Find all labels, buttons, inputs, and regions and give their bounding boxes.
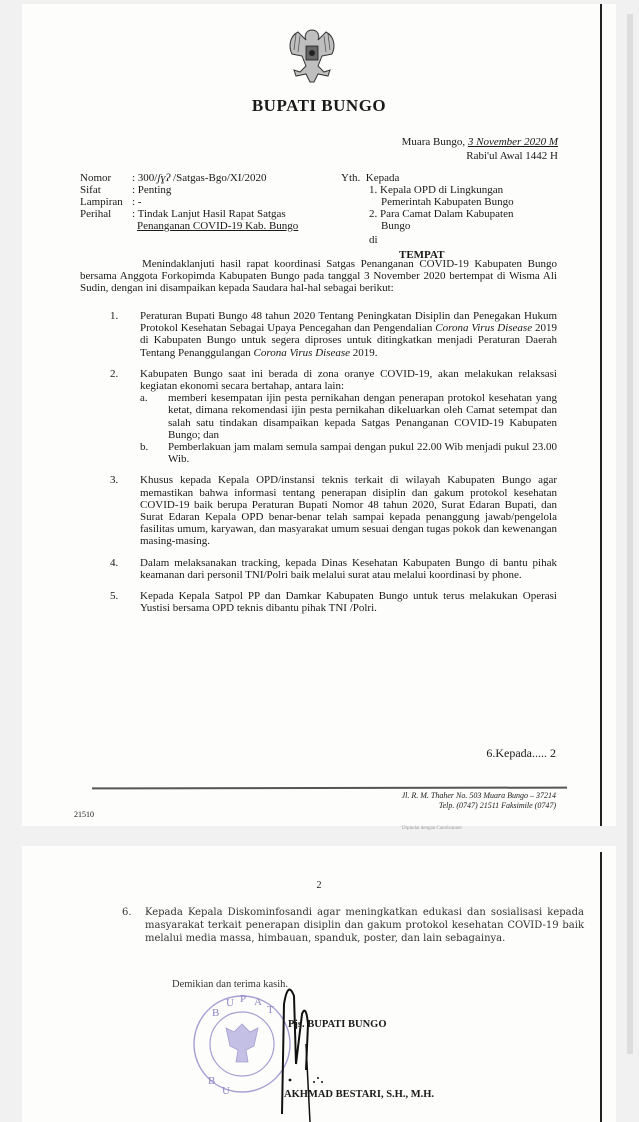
footer-fax-tail: 21510 — [74, 810, 94, 819]
continuation-note: 6.Kepada..... 2 — [486, 746, 556, 761]
date-masehi: 3 November 2020 M — [468, 136, 558, 148]
signatory-title: Pjs. BUPATI BUNGO — [288, 1019, 387, 1030]
handwritten-number: ʃɣʔ — [157, 172, 170, 184]
meta-perihal: Perihal : Tindak Lanjut Hasil Rapat Satg… — [80, 208, 298, 232]
list-item: 2. Kabupaten Bungo saat ini berada di zo… — [110, 368, 557, 466]
scanner-watermark: Dipindai dengan CamScanner — [402, 826, 462, 831]
signatory-name: AKHMAD BESTARI, S.H., M.H. — [284, 1089, 434, 1100]
letter-page-1: BUPATI BUNGO Muara Bungo, 3 November 202… — [22, 4, 616, 826]
letter-page-2: 2 6. Kepada Kepala Diskominfosandi agar … — [22, 846, 616, 1122]
garuda-emblem-icon — [284, 22, 340, 84]
list-item: 5. Kepada Kepala Satpol PP dan Damkar Ka… — [110, 590, 557, 614]
letterhead-title: BUPATI BUNGO — [22, 96, 616, 116]
scrollbar[interactable] — [627, 14, 633, 1054]
recipient-2: 2. Para Camat Dalam Kabupaten — [341, 208, 514, 220]
list-item-6: 6. Kepada Kepala Diskominfosandi agar me… — [122, 906, 584, 945]
svg-text:B: B — [212, 1007, 219, 1019]
page-number: 2 — [22, 880, 616, 891]
meta-nomor: Nomor : 300/ʃɣʔ /Satgas-Bgo/XI/2020 — [80, 172, 298, 184]
sub-item: b.Pemberlakuan jam malam semula sampai d… — [110, 441, 557, 465]
sub-item: a.memberi kesempatan ijin pesta pernikah… — [110, 392, 557, 441]
page-edge-line — [600, 852, 602, 1122]
instruction-list: 1. Peraturan Bupati Bungo 48 tahun 2020 … — [110, 310, 557, 623]
recipients-block: Yth. Kepada 1. Kepala OPD di Lingkungan … — [341, 172, 514, 261]
list-item: 3. Khusus kepada Kepala OPD/instansi tek… — [110, 474, 557, 547]
svg-text:U: U — [222, 1085, 230, 1097]
date-hijri: Rabi'ul Awal 1442 H — [402, 149, 558, 163]
footer-rule — [92, 787, 567, 789]
footer-address: Jl. R. M. Thaher No. 503 Muara Bungo – 3… — [402, 791, 556, 811]
letter-meta: Nomor : 300/ʃɣʔ /Satgas-Bgo/XI/2020 Sifa… — [80, 172, 298, 232]
list-item: 1. Peraturan Bupati Bungo 48 tahun 2020 … — [110, 310, 557, 359]
list-item: 4. Dalam melaksanakan tracking, kepada D… — [110, 557, 557, 581]
meta-lampiran: Lampiran : - — [80, 196, 298, 208]
date-place: Muara Bungo, — [402, 136, 466, 148]
svg-text:B: B — [208, 1075, 215, 1087]
dateline: Muara Bungo, 3 November 2020 M Rabi'ul A… — [402, 135, 558, 163]
intro-paragraph: Menindaklanjuti hasil rapat koordinasi S… — [80, 258, 557, 295]
page-edge-line — [600, 4, 602, 826]
recipient-1: 1. Kepala OPD di Lingkungan — [341, 184, 514, 196]
meta-sifat: Sifat : Penting — [80, 184, 298, 196]
